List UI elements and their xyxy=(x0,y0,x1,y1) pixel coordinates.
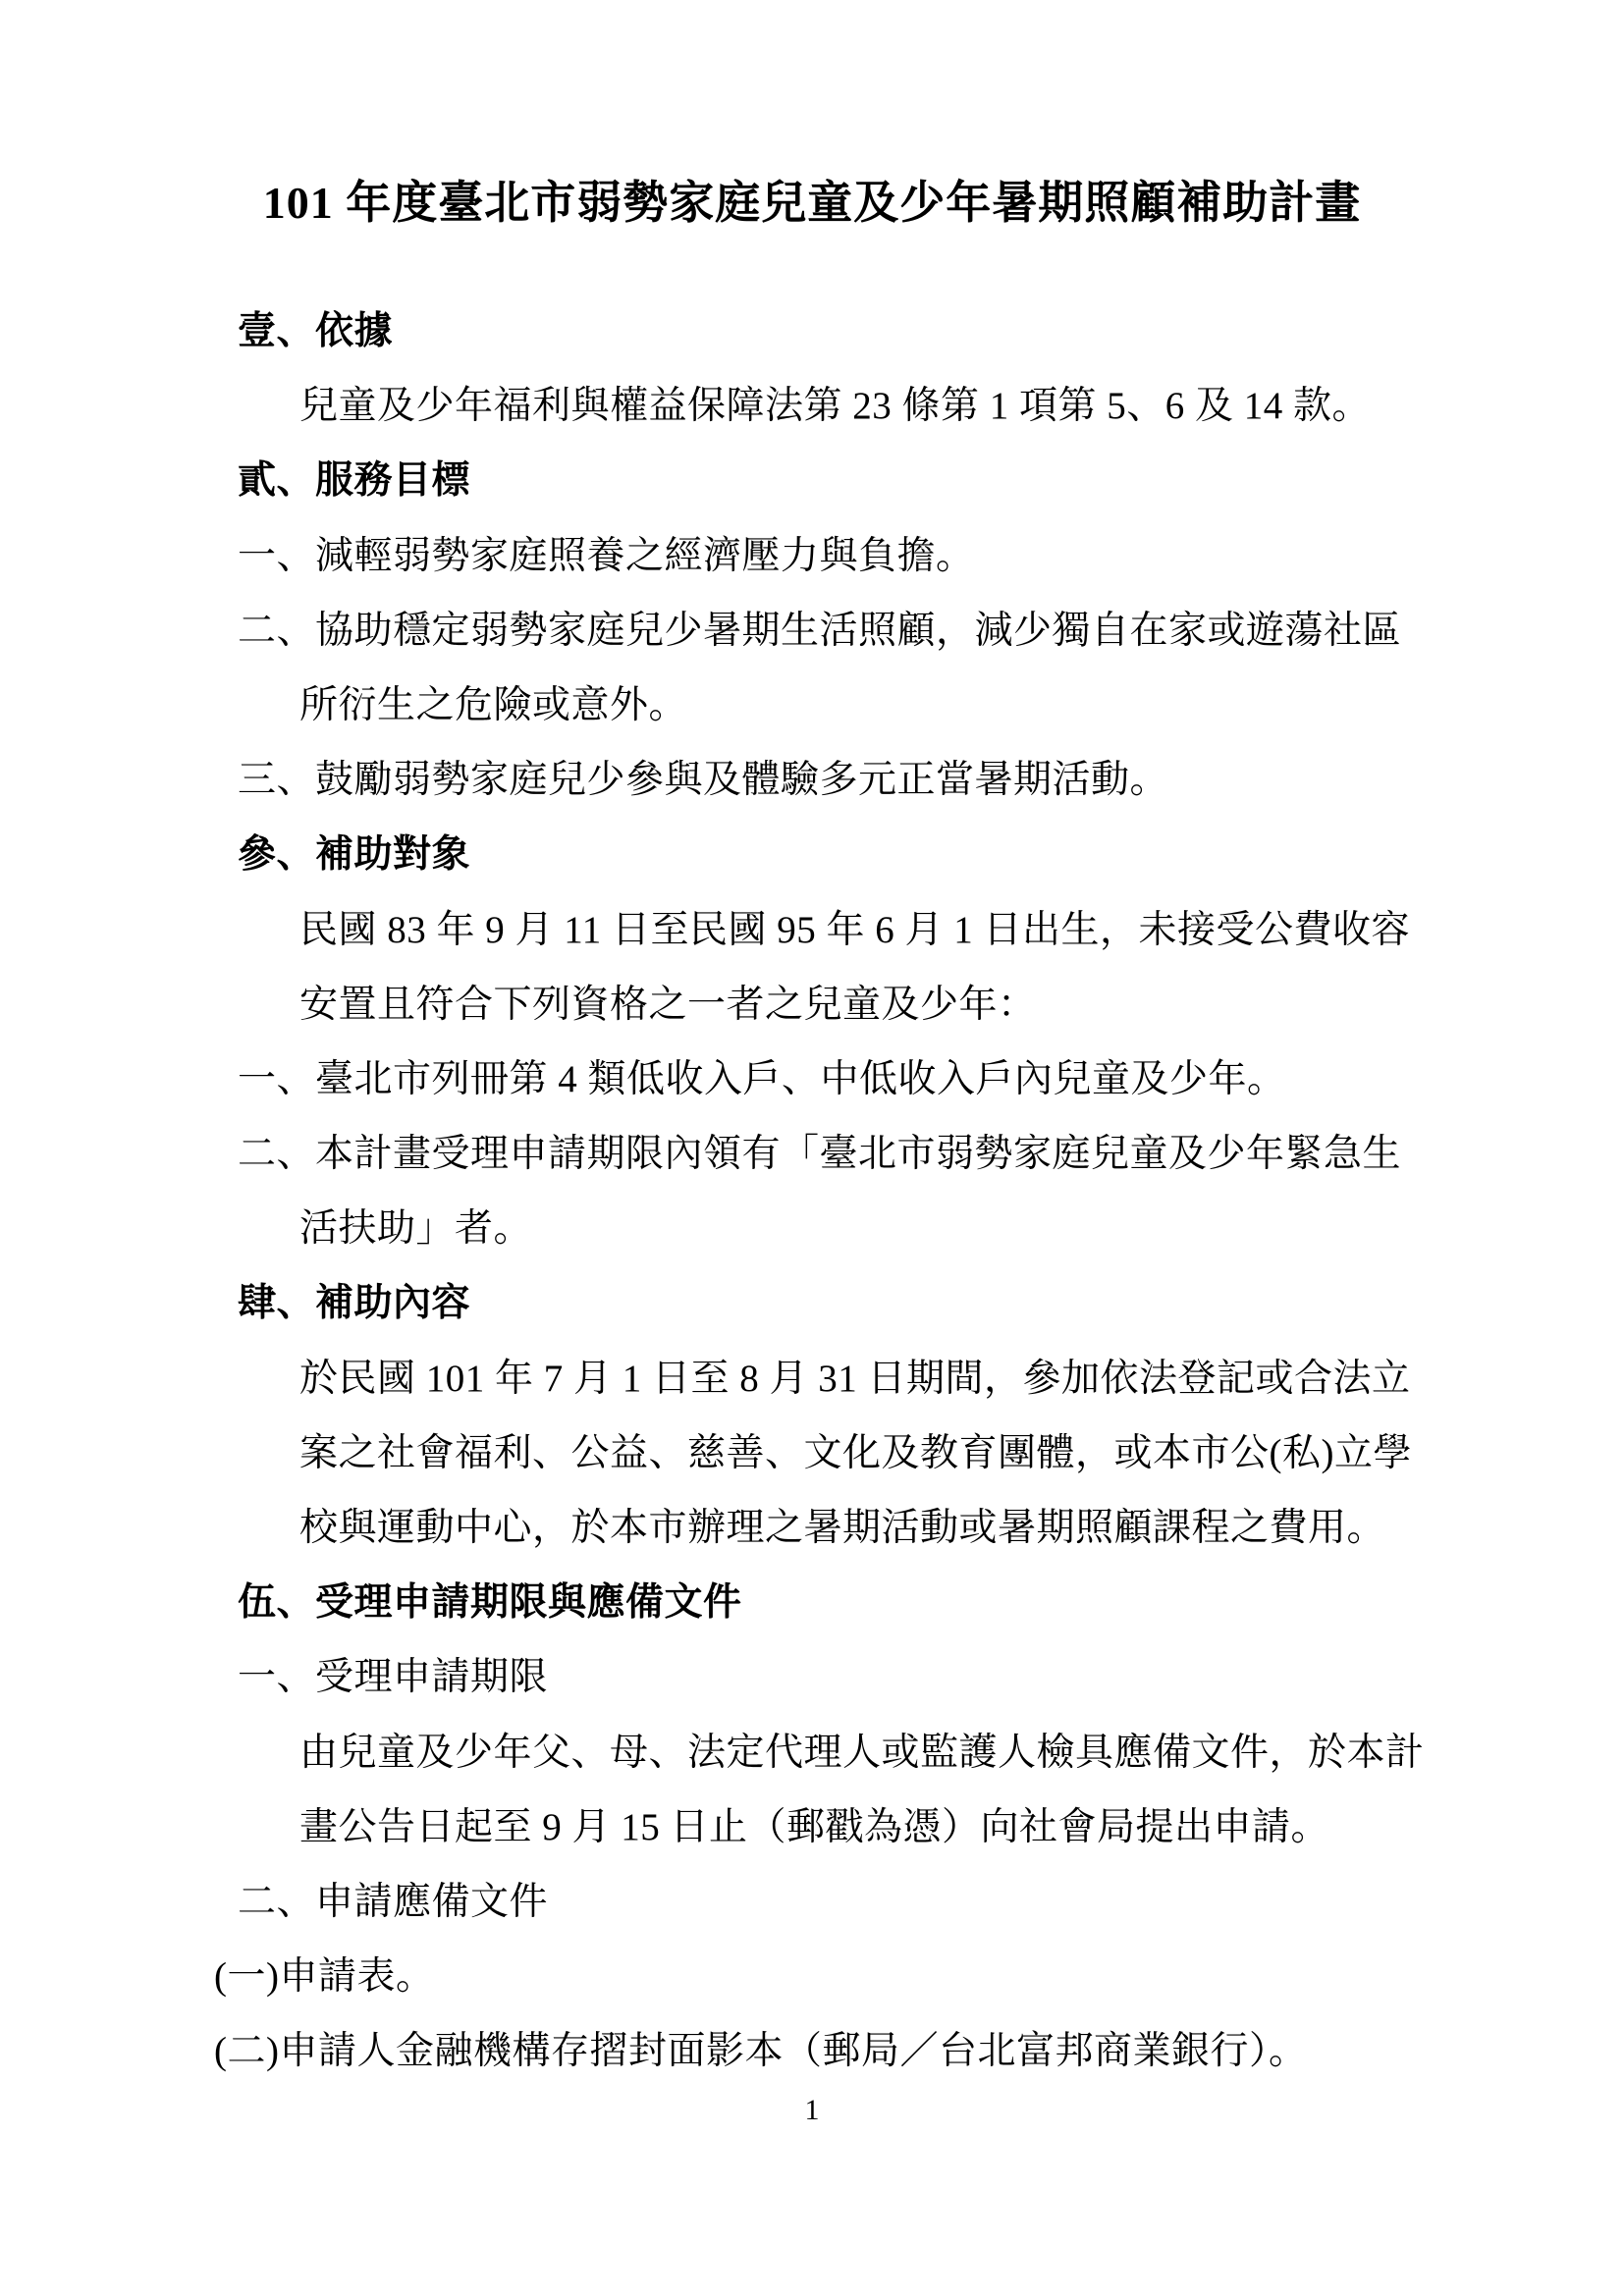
document-line: 貳、服務目標 xyxy=(214,444,1526,518)
document-line: 一、減輕弱勢家庭照養之經濟壓力與負擔。 xyxy=(214,519,1526,594)
document-line: 民國 83 年 9 月 11 日至民國 95 年 6 月 1 日出生，未接受公費… xyxy=(214,893,1526,968)
document-line: (一)申請表。 xyxy=(214,1940,1526,2014)
document-line: 所衍生之危險或意外。 xyxy=(214,668,1526,743)
document-line: 一、受理申請期限 xyxy=(214,1640,1526,1715)
document-page: 101 年度臺北市弱勢家庭兒童及少年暑期照顧補助計畫 壹、依據兒童及少年福利與權… xyxy=(0,0,1624,2296)
document-line: 二、申請應備文件 xyxy=(214,1865,1526,1940)
document-line: 兒童及少年福利與權益保障法第 23 條第 1 項第 5、6 及 14 款。 xyxy=(214,369,1526,444)
document-line: 案之社會福利、公益、慈善、文化及教育團體，或本市公(私)立學 xyxy=(214,1416,1526,1491)
document-body: 壹、依據兒童及少年福利與權益保障法第 23 條第 1 項第 5、6 及 14 款… xyxy=(214,294,1526,2090)
document-line: 壹、依據 xyxy=(214,294,1526,369)
document-line: 安置且符合下列資格之一者之兒童及少年： xyxy=(214,968,1526,1042)
document-line: 一、臺北市列冊第 4 類低收入戶、中低收入戶內兒童及少年。 xyxy=(214,1042,1526,1117)
document-line: (二)申請人金融機構存摺封面影本（郵局／台北富邦商業銀行）。 xyxy=(214,2014,1526,2089)
page-number: 1 xyxy=(0,2090,1624,2131)
document-title: 101 年度臺北市弱勢家庭兒童及少年暑期照顧補助計畫 xyxy=(0,0,1624,228)
document-line: 畫公告日起至 9 月 15 日止（郵戳為憑）向社會局提出申請。 xyxy=(214,1790,1526,1865)
document-line: 校與運動中心，於本市辦理之暑期活動或暑期照顧課程之費用。 xyxy=(214,1491,1526,1566)
document-line: 參、補助對象 xyxy=(214,818,1526,892)
document-line: 肆、補助內容 xyxy=(214,1266,1526,1341)
document-line: 活扶助」者。 xyxy=(214,1192,1526,1266)
document-line: 於民國 101 年 7 月 1 日至 8 月 31 日期間，參加依法登記或合法立 xyxy=(214,1342,1526,1416)
document-line: 伍、受理申請期限與應備文件 xyxy=(214,1566,1526,1640)
document-line: 三、鼓勵弱勢家庭兒少參與及體驗多元正當暑期活動。 xyxy=(214,743,1526,818)
document-line: 二、本計畫受理申請期限內領有「臺北市弱勢家庭兒童及少年緊急生 xyxy=(214,1117,1526,1192)
document-line: 二、協助穩定弱勢家庭兒少暑期生活照顧，減少獨自在家或遊蕩社區 xyxy=(214,594,1526,668)
document-line: 由兒童及少年父、母、法定代理人或監護人檢具應備文件，於本計 xyxy=(214,1716,1526,1790)
